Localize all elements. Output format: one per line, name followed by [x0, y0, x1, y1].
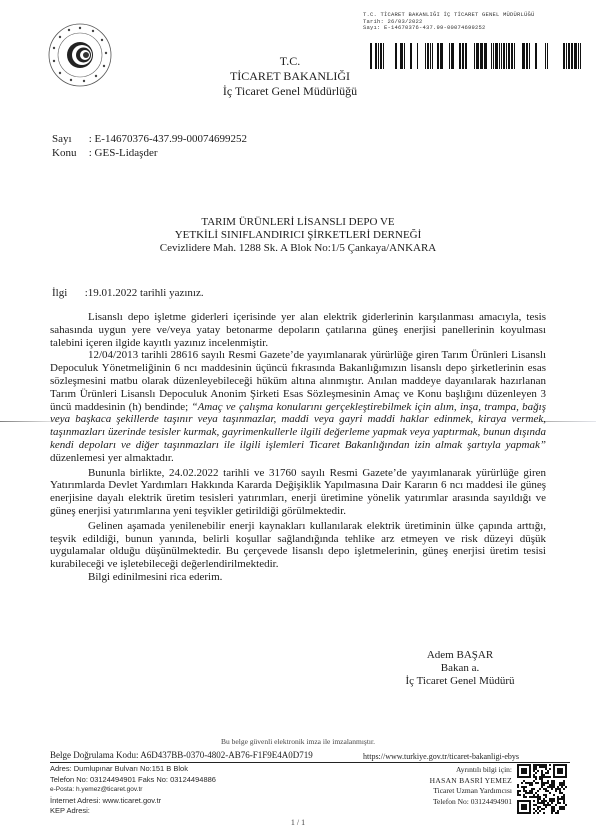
header-directorate: İç Ticaret Genel Müdürlüğü — [190, 84, 390, 99]
header-country: T.C. — [190, 54, 390, 69]
footer-email-link[interactable]: e-Posta: h.yemez@ticaret.gov.tr — [50, 785, 216, 796]
header-ministry: TİCARET BAKANLIĞI — [190, 69, 390, 84]
verification-url-link[interactable]: https://www.turkiye.gov.tr/ticaret-bakan… — [363, 752, 519, 761]
page-number: 1 / 1 — [0, 818, 596, 827]
konu-label: Konu — [52, 147, 86, 160]
addressee-line2: YETKİLİ SINIFLANDIRICI ŞİRKETLERİ DERNEĞ… — [0, 229, 596, 242]
barcode-icon — [370, 43, 584, 69]
contact-phone: Telefon No: 03124494901 — [400, 797, 512, 808]
contact-title: Ticaret Uzman Yardımcısı — [400, 786, 512, 797]
document-subject: Konu : GES-Lidaşder — [52, 147, 157, 160]
signatory-name: Adem BAŞAR — [400, 649, 520, 662]
esign-note: Bu belge güvenli elektronik imza ile imz… — [0, 737, 596, 746]
addressee-line1: TARIM ÜRÜNLERİ LİSANSLI DEPO VE — [0, 216, 596, 229]
barcode-number: Sayı: E-14670376-437.99-00074699252 — [363, 25, 535, 32]
signatory-title: İç Ticaret Genel Müdürü — [400, 675, 520, 688]
sayi-value: : E-14670376-437.99-00074699252 — [89, 133, 247, 145]
contact-person: Ayrıntılı bilgi için: HASAN BASRİ YEMEZ … — [400, 765, 512, 807]
paragraph-2: 12/04/2013 tarihli 28616 sayılı Resmi Ga… — [50, 349, 546, 464]
ministry-seal-icon — [47, 22, 113, 88]
footer-contacts: Adres: Dumlupınar Bulvarı No:151 B Blok … — [50, 764, 216, 817]
footer-divider — [50, 762, 570, 763]
qr-code-icon[interactable] — [517, 764, 567, 814]
footer-address: Adres: Dumlupınar Bulvarı No:151 B Blok — [50, 764, 216, 775]
barcode-stamp: T.C. TİCARET BAKANLIĞI İÇ TİCARET GENEL … — [363, 12, 535, 32]
signatory-role: Bakan a. — [400, 662, 520, 675]
paragraph-5: Bilgi edinilmesini rica ederim. — [50, 571, 546, 584]
scan-artifact-line — [0, 421, 596, 422]
signature-block: Adem BAŞAR Bakan a. İç Ticaret Genel Müd… — [400, 649, 520, 688]
footer-kep: KEP Adresi: — [50, 806, 216, 817]
ilgi-value: :19.01.2022 tarihli yazınız. — [85, 287, 204, 299]
addressee-address: Cevizlidere Mah. 1288 Sk. A Blok No:1/5 … — [0, 242, 596, 255]
ilgi-label: İlgi — [52, 287, 82, 299]
paragraph-1: Lisanslı depo işletme giderleri içerisin… — [50, 311, 546, 349]
reference: İlgi :19.01.2022 tarihli yazınız. — [52, 287, 204, 299]
verification-code: Belge Doğrulama Kodu: A6D437BB-0370-4802… — [50, 750, 313, 760]
contact-heading: Ayrıntılı bilgi için: — [400, 765, 512, 776]
paragraph-4: Gelinen aşamada yenilenebilir enerji kay… — [50, 520, 546, 571]
paragraph-3: Bununla birlikte, 24.02.2022 tarihli ve … — [50, 467, 546, 518]
document-number: Sayı : E-14670376-437.99-00074699252 — [52, 133, 247, 146]
contact-name: HASAN BASRİ YEMEZ — [400, 776, 512, 787]
footer-phone-fax: Telefon No: 03124494901 Faks No: 0312449… — [50, 775, 216, 786]
sayi-label: Sayı — [52, 133, 86, 146]
paragraph-2-tail: düzenlemesi yer almaktadır. — [50, 452, 174, 464]
footer-web-link[interactable]: İnternet Adresi: www.ticaret.gov.tr — [50, 796, 216, 807]
konu-value: : GES-Lidaşder — [89, 147, 158, 159]
letter-body: Lisanslı depo işletme giderleri içerisin… — [50, 311, 546, 584]
